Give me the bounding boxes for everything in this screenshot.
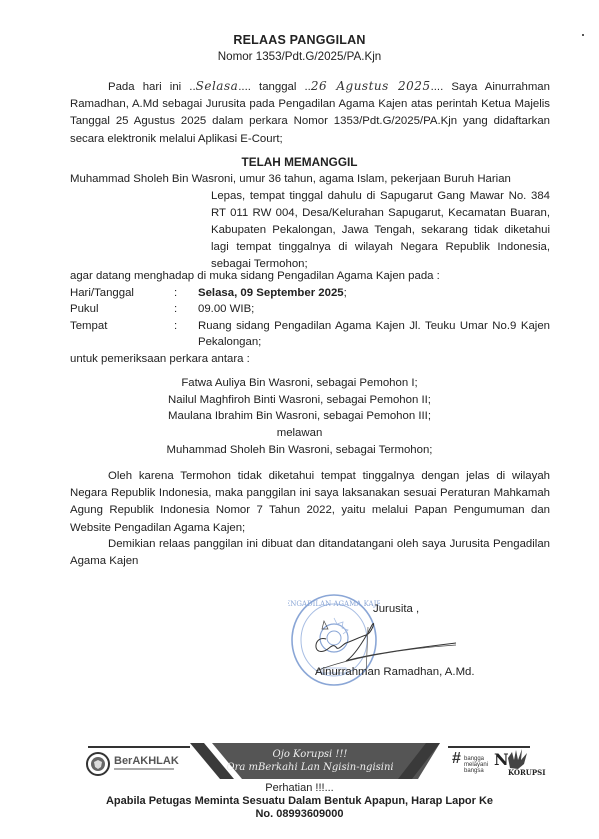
row-label: Tempat (70, 318, 174, 351)
row-label: Pukul (70, 301, 174, 318)
hearing-time: 09.00 WIB; (198, 301, 550, 318)
party-item: Fatwa Auliya Bin Wasroni, sebagai Pemoho… (0, 375, 599, 392)
party-item: Muhammad Sholeh Bin Wasroni, sebagai Ter… (0, 442, 599, 459)
signatory-role: Jurusita , (373, 603, 419, 615)
korupsi-text: KORUPSI (508, 768, 546, 777)
party-versus: melawan (0, 425, 599, 442)
footer-rule-left (88, 746, 190, 748)
case-number: Nomor 1353/Pdt.G/2025/PA.Kjn (0, 50, 599, 63)
row-label: Hari/Tanggal (70, 285, 174, 302)
document-page: RELAAS PANGGILAN Nomor 1353/Pdt.G/2025/P… (0, 0, 599, 839)
schedule-section: agar datang menghadap di muka sidang Pen… (70, 268, 550, 367)
row-sep: : (174, 285, 198, 302)
hearing-date: Selasa, 09 September 2025 (198, 287, 344, 299)
summoned-details: Lepas, tempat tinggal dahulu di Sapugaru… (70, 188, 550, 273)
party-item: Nailul Maghfiroh Binti Wasroni, sebagai … (0, 392, 599, 409)
schedule-intro: agar datang menghadap di muka sidang Pen… (70, 268, 550, 285)
document-title: RELAAS PANGGILAN (0, 33, 599, 47)
hearing-place: Ruang sidang Pengadilan Agama Kajen Jl. … (198, 318, 550, 351)
berakhlak-text: BerAKHLAK (114, 755, 179, 767)
summoned-first-line: Muhammad Sholeh Bin Wasroni, umur 36 tah… (70, 171, 550, 188)
berakhlak-tagline (114, 768, 174, 770)
bangga-text: bangga melayani bangsa (464, 756, 490, 774)
hand-stop-icon (506, 748, 532, 770)
opening-prefix: Pada hari ini .. (108, 81, 196, 93)
schedule-row-date: Hari/Tanggal : Selasa, 09 September 2025… (70, 285, 550, 302)
banner-text: Ojo Korupsi !!! Ora mBerkahi Lan Ngisin-… (195, 748, 425, 774)
opening-paragraph: Pada hari ini ..Selasa.... tanggal ..26 … (70, 78, 550, 148)
parties-list: Fatwa Auliya Bin Wasroni, sebagai Pemoho… (0, 375, 599, 459)
schedule-row-time: Pukul : 09.00 WIB; (70, 301, 550, 318)
summoned-party: Muhammad Sholeh Bin Wasroni, umur 36 tah… (70, 171, 550, 273)
svg-text:PENGADILAN AGAMA KAJEN: PENGADILAN AGAMA KAJEN (288, 600, 380, 608)
hashtag-icon: # (452, 756, 461, 762)
report-warning: Apabila Petugas Meminta Sesuatu Dalam Be… (0, 795, 599, 809)
banner-line-1: Ojo Korupsi !!! (195, 748, 425, 761)
closing-paragraph-1: Oleh karena Termohon tidak diketahui tem… (70, 468, 550, 537)
report-phone: No. 08993609000 (0, 808, 599, 822)
summoned-heading: TELAH MEMANGGIL (0, 155, 599, 169)
banner-line-2: Ora mBerkahi Lan Ngisin-ngisini (195, 761, 425, 774)
no-korupsi-logo: N KORUPSI (494, 748, 544, 778)
handwritten-date: 26 Agustus 2025 (311, 79, 431, 93)
row-sep: : (174, 318, 198, 351)
schedule-row-place: Tempat : Ruang sidang Pengadilan Agama K… (70, 318, 550, 351)
closing-paragraph-2: Demikian relaas panggilan ini dibuat dan… (70, 536, 550, 570)
attention-label: Perhatian !!!... (0, 782, 599, 796)
handwritten-day: Selasa (196, 79, 239, 93)
berakhlak-emblem-icon (86, 752, 110, 776)
opening-mid: .... tanggal .. (238, 81, 311, 93)
row-sep: : (174, 301, 198, 318)
schedule-outro: untuk pemeriksaan perkara antara : (70, 351, 550, 368)
signatory-name: Ainurrahman Ramadhan, A.Md. (315, 666, 475, 678)
party-item: Maulana Ibrahim Bin Wasroni, sebagai Pem… (0, 408, 599, 425)
row-tail: ; (344, 287, 347, 299)
row-value: Selasa, 09 September 2025; (198, 285, 550, 302)
